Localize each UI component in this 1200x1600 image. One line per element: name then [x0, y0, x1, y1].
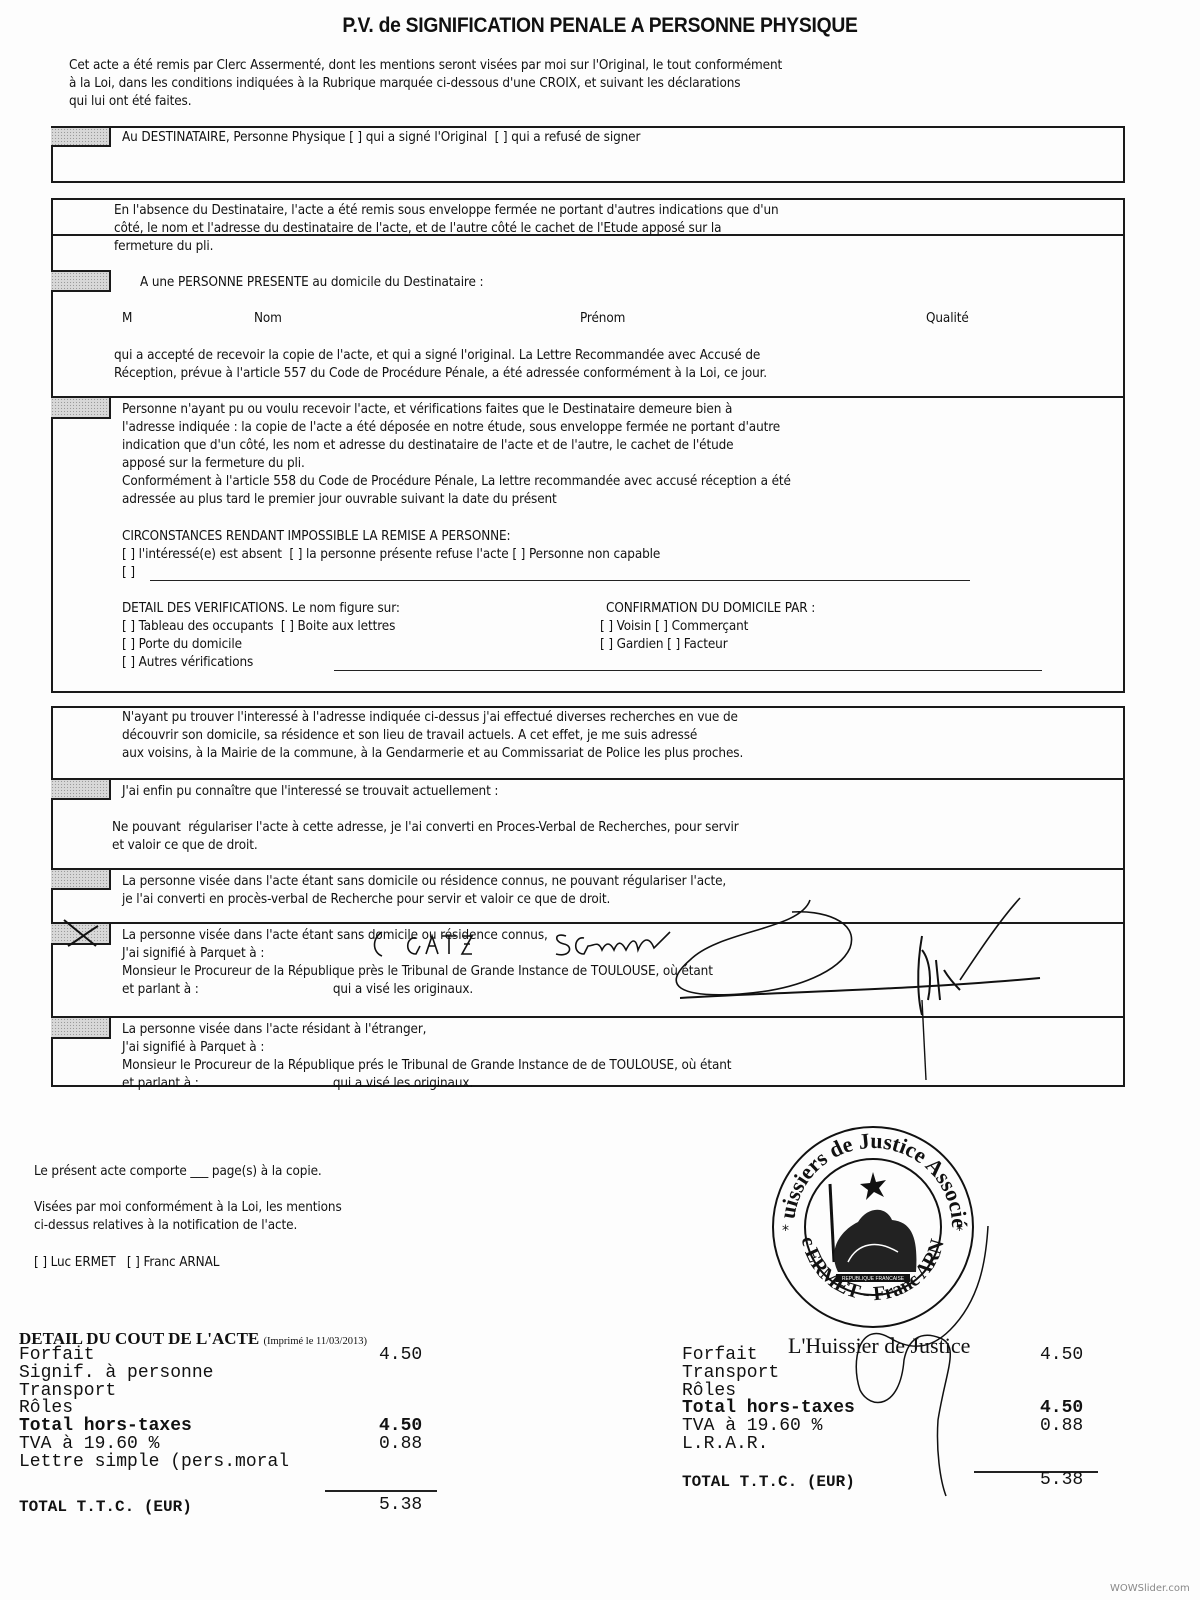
- field-nom-label: Nom: [254, 310, 282, 328]
- personne-presente-label: A une PERSONNE PRESENTE au domicile du D…: [140, 274, 484, 292]
- x-mark-icon: [58, 918, 118, 948]
- circonstances-other-checkbox[interactable]: [ ]: [122, 564, 135, 582]
- printed-date: (Imprimé le 11/03/2013): [264, 1336, 367, 1347]
- huissier-checkboxes[interactable]: [ ] Luc ERMET [ ] Franc ARNAL: [34, 1254, 219, 1272]
- cost-label: L.R.A.R.: [682, 1434, 768, 1454]
- circonstances-other-line[interactable]: [150, 580, 970, 581]
- circonstances-options[interactable]: [ ] l'intéressé(e) est absent [ ] la per…: [122, 546, 660, 564]
- pages-count-text: Le présent acte comporte ___ page(s) à l…: [34, 1163, 322, 1181]
- verifications-title: DETAIL DES VERIFICATIONS. Le nom figure …: [122, 600, 400, 618]
- visees-text: Visées par moi conformément à la Loi, le…: [34, 1199, 342, 1235]
- recherches-text: N'ayant pu trouver l'interessé à l'adres…: [122, 709, 743, 763]
- autres-verifications-line[interactable]: [334, 670, 1042, 671]
- total-label: TOTAL T.T.C. (EUR): [19, 1499, 192, 1517]
- field-m-label: M: [122, 310, 132, 328]
- cost-value: 0.88: [1040, 1418, 1083, 1436]
- depot-text: Personne n'ayant pu ou voulu recevoir l'…: [122, 401, 791, 509]
- absence-text: En l'absence du Destinataire, l'acte a é…: [114, 202, 779, 256]
- total-value: 5.38: [379, 1497, 422, 1515]
- cost-label: Lettre simple (pers.moral: [19, 1452, 289, 1472]
- checkbox-destinataire[interactable]: [51, 128, 111, 147]
- checkbox-sans-domicile[interactable]: [51, 870, 111, 890]
- checkbox-connaitre[interactable]: [51, 780, 111, 800]
- checkbox-depot-etude[interactable]: [51, 398, 111, 419]
- cost-row: Transport: [19, 1383, 439, 1401]
- accept-text: qui a accepté de recevoir la copie de l'…: [114, 347, 767, 383]
- total-value: 5.38: [1040, 1472, 1083, 1490]
- cost-row: Lettre simple (pers.moral: [19, 1454, 439, 1472]
- confirmation-options[interactable]: [ ] Voisin [ ] Commerçant [ ] Gardien [ …: [600, 618, 748, 654]
- sans-domicile-text: La personne visée dans l'acte étant sans…: [122, 873, 726, 909]
- checkbox-etranger[interactable]: [51, 1018, 111, 1039]
- watermark: WOWSlider.com: [1110, 1583, 1190, 1594]
- total-rule: [325, 1490, 437, 1492]
- document-title: P.V. de SIGNIFICATION PENALE A PERSONNE …: [48, 14, 1152, 38]
- handwritten-parquet-name: [370, 928, 710, 964]
- etranger-text: La personne visée dans l'acte résidant à…: [122, 1021, 731, 1093]
- verifications-options[interactable]: [ ] Tableau des occupants [ ] Boite aux …: [122, 618, 395, 672]
- divider: [51, 778, 1125, 780]
- cost-value: 4.50: [379, 1347, 422, 1365]
- cost-value: 0.88: [379, 1436, 422, 1454]
- convert-text: Ne pouvant régulariser l'acte à cette ad…: [112, 819, 739, 855]
- destinataire-text: Au DESTINATAIRE, Personne Physique [ ] q…: [122, 129, 640, 147]
- confirmation-title: CONFIRMATION DU DOMICILE PAR :: [606, 600, 815, 618]
- divider: [51, 868, 1125, 870]
- field-prenom-label: Prénom: [580, 310, 625, 328]
- field-qualite-label: Qualité: [926, 310, 969, 328]
- checkbox-personne-presente[interactable]: [51, 270, 111, 292]
- cost-value: 4.50: [1040, 1347, 1083, 1365]
- svg-text:*: *: [782, 1223, 789, 1239]
- connaitre-text: J'ai enfin pu connaître que l'interessé …: [122, 783, 498, 801]
- huissier-signature: [800, 1220, 1000, 1500]
- circonstances-title: CIRCONSTANCES RENDANT IMPOSSIBLE LA REMI…: [122, 528, 511, 546]
- intro-paragraph: Cet acte a été remis par Clerc Asserment…: [69, 57, 782, 111]
- cost-left-table: Forfait4.50 Signif. à personne Transport…: [19, 1347, 439, 1472]
